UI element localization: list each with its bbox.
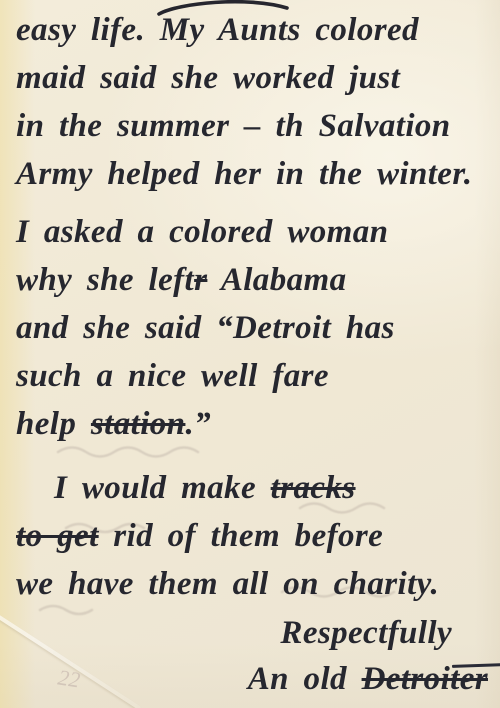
handwritten-line: Respectfully bbox=[16, 610, 494, 656]
text-segment: I would make bbox=[54, 470, 271, 506]
handwritten-line: why she leftr Alabama bbox=[16, 256, 494, 304]
text-segment: why she left bbox=[16, 262, 194, 298]
handwritten-line: to get rid of them before bbox=[16, 512, 494, 560]
text-segment: maid said she worked just bbox=[16, 60, 400, 96]
struck-text: station bbox=[91, 406, 186, 442]
struck-text: to get bbox=[16, 518, 99, 554]
text-segment: in the summer – th Salvation bbox=[16, 108, 451, 144]
handwritten-line: I would make tracks bbox=[16, 464, 494, 512]
text-segment: we have them all on charity. bbox=[16, 566, 439, 602]
handwritten-line: in the summer – th Salvation bbox=[16, 102, 494, 150]
handwritten-line: we have them all on charity. bbox=[16, 560, 494, 608]
paragraph-3: I would make tracksto get rid of them be… bbox=[16, 464, 494, 608]
handwritten-line: such a nice well fare bbox=[16, 352, 494, 400]
text-segment: rid of them before bbox=[99, 518, 384, 554]
text-segment: Respectfully bbox=[280, 615, 452, 651]
handwritten-line: help station.” bbox=[16, 400, 494, 448]
text-segment: Army helped her in the winter. bbox=[16, 156, 472, 192]
text-segment: Alabama bbox=[207, 262, 346, 298]
handwritten-line: An old Detroiter bbox=[16, 656, 494, 702]
text-segment: and she said “Detroit has bbox=[16, 310, 395, 346]
text-segment: .” bbox=[185, 406, 211, 442]
struck-text: tracks bbox=[271, 470, 356, 506]
paragraph-1: easy life. My Aunts coloredmaid said she… bbox=[16, 6, 494, 198]
handwritten-line: and she said “Detroit has bbox=[16, 304, 494, 352]
handwritten-line: I asked a colored woman bbox=[16, 208, 494, 256]
letter-body: easy life. My Aunts coloredmaid said she… bbox=[0, 0, 500, 708]
struck-text: r bbox=[194, 262, 207, 298]
handwritten-line: easy life. My Aunts colored bbox=[16, 6, 494, 54]
text-segment: such a nice well fare bbox=[16, 358, 329, 394]
handwritten-line: maid said she worked just bbox=[16, 54, 494, 102]
text-segment: easy life. My Aunts colored bbox=[16, 12, 419, 48]
handwritten-line: Army helped her in the winter. bbox=[16, 150, 494, 198]
paragraph-2: I asked a colored womanwhy she leftr Ala… bbox=[16, 208, 494, 448]
text-segment: I asked a colored woman bbox=[16, 214, 388, 250]
text-segment: help bbox=[16, 406, 91, 442]
letter-page: 22 easy life. My Aunts coloredmaid said … bbox=[0, 0, 500, 708]
closing: RespectfullyAn old Detroiter bbox=[16, 610, 494, 702]
text-segment: An old bbox=[248, 661, 362, 697]
